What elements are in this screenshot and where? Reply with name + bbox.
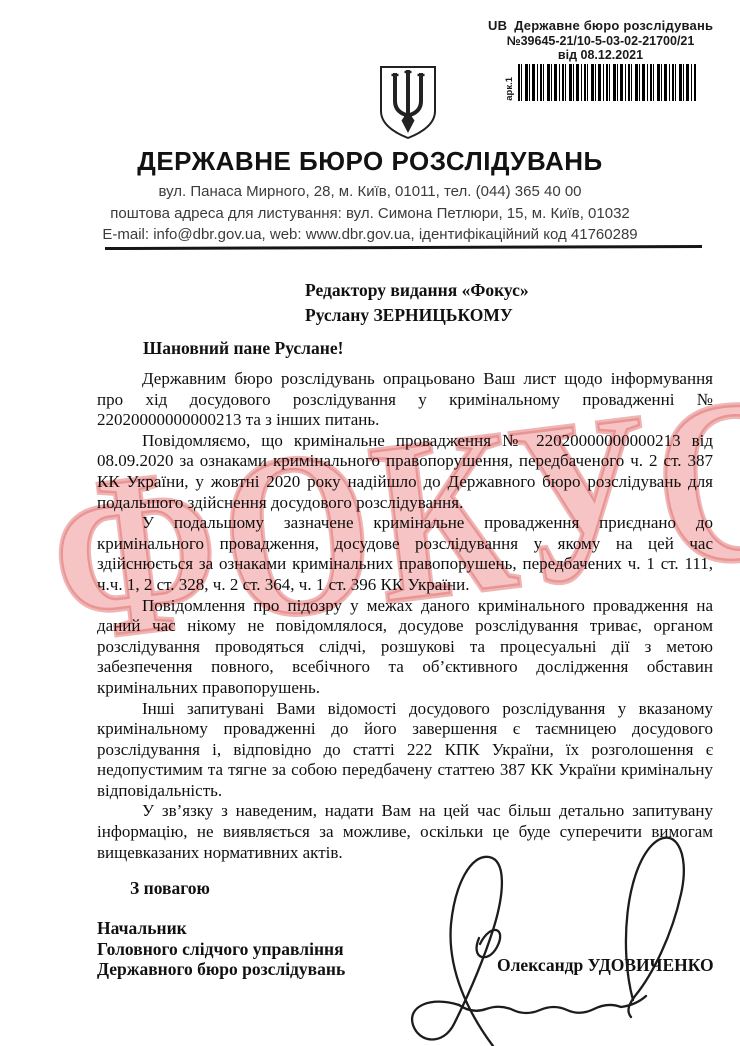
body-paragraph: Повідомляємо, що кримінальне провадження… (97, 431, 713, 513)
body-paragraph: Державним бюро розслідувань опрацьовано … (97, 369, 713, 431)
closing-regards: З повагою (130, 878, 210, 899)
stamp-barcode-row: арк.1 (488, 64, 713, 101)
stamp-reg-number: №39645-21/10-5-03-02-21700/21 (488, 34, 713, 48)
position-line-2: Головного слідчого управління (97, 939, 345, 960)
registration-stamp: UBДержавне бюро розслідувань №39645-21/1… (488, 18, 713, 101)
address-line-3: E-mail: info@dbr.gov.ua, web: www.dbr.go… (40, 224, 700, 246)
stamp-org-line: UBДержавне бюро розслідувань (488, 18, 713, 33)
body-paragraph: У подальшому зазначене кримінальне прова… (97, 513, 713, 595)
address-line-2: поштова адреса для листування: вул. Симо… (40, 203, 700, 225)
letter-page: UBДержавне бюро розслідувань №39645-21/1… (0, 0, 740, 1046)
recipient-line-2: Руслану ЗЕРНИЦЬКОМУ (305, 303, 529, 328)
barcode-icon (518, 64, 696, 101)
recipient-line-1: Редактору видання «Фокус» (305, 278, 529, 303)
salutation: Шановний пане Руслане! (143, 338, 343, 359)
ukraine-trident-shield-icon (376, 64, 440, 142)
organization-address: вул. Панаса Мирного, 28, м. Київ, 01011,… (40, 181, 700, 246)
stamp-reg-date: від 08.12.2021 (488, 48, 713, 62)
stamp-org-name: Державне бюро розслідувань (514, 18, 713, 33)
position-line-1: Начальник (97, 918, 345, 939)
body-paragraph: Інші запитувані Вами відомості досудовог… (97, 699, 713, 802)
header-divider (105, 245, 702, 250)
letter-body: Державним бюро розслідувань опрацьовано … (97, 369, 713, 863)
address-line-1: вул. Панаса Мирного, 28, м. Київ, 01011,… (40, 181, 700, 203)
position-line-3: Державного бюро розслідувань (97, 959, 345, 980)
stamp-org-code: UB (488, 18, 507, 33)
signer-position-block: Начальник Головного слідчого управління … (97, 918, 345, 980)
body-paragraph: Повідомлення про підозру у межах даного … (97, 596, 713, 699)
handwritten-signature-icon (393, 828, 718, 1046)
sheet-number-label: арк.1 (505, 77, 515, 101)
recipient-block: Редактору видання «Фокус» Руслану ЗЕРНИЦ… (305, 278, 529, 328)
organization-title: ДЕРЖАВНЕ БЮРО РОЗСЛІДУВАНЬ (40, 146, 700, 177)
